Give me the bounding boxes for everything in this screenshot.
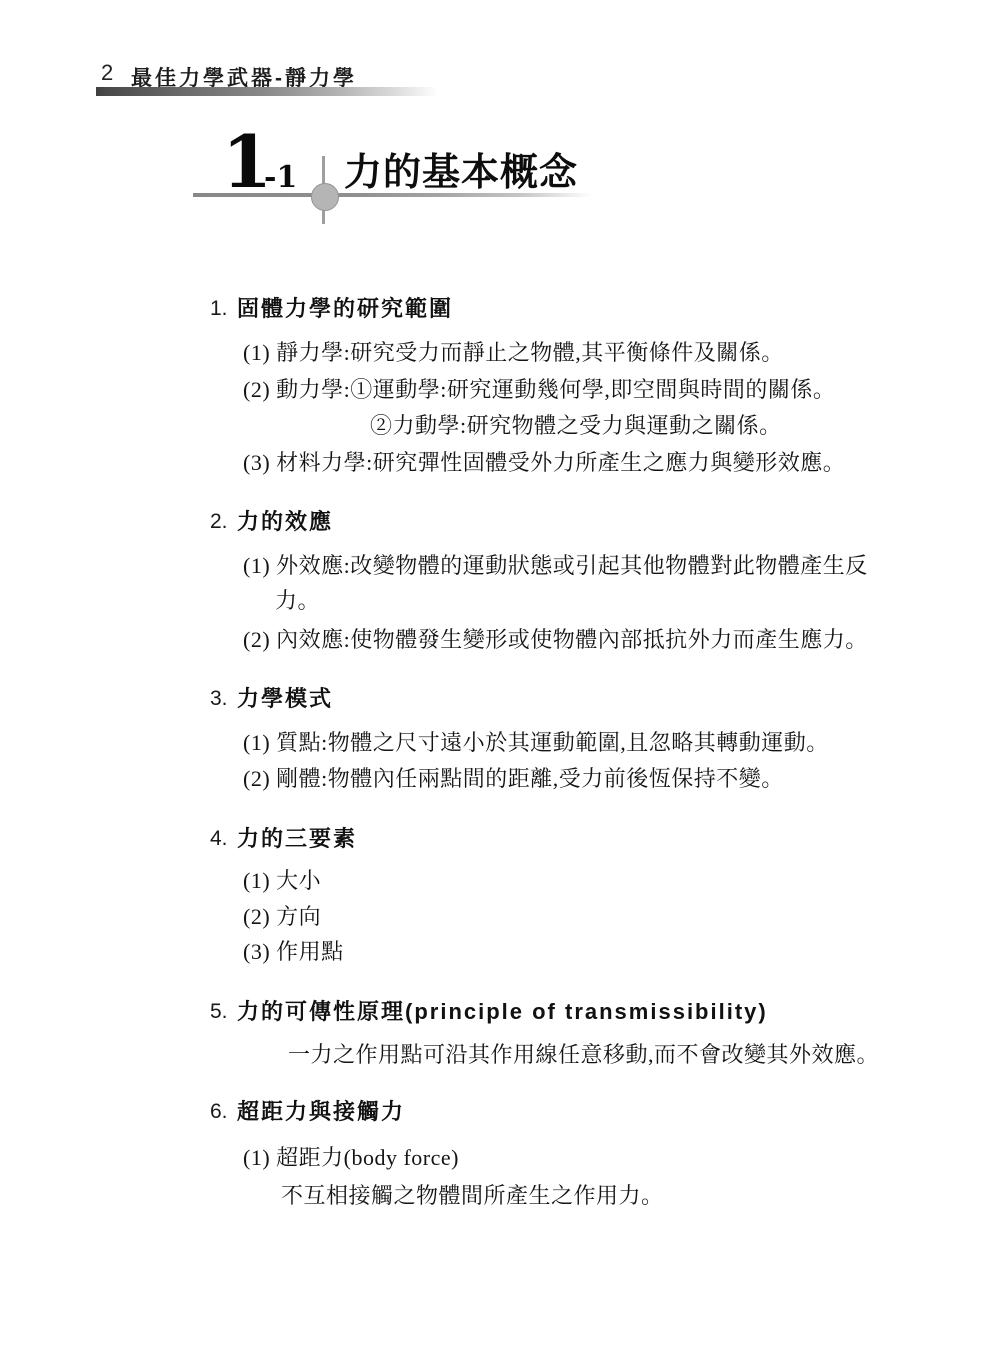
section-heading: 力的三要素 <box>237 826 357 852</box>
section-number: 5. <box>210 999 228 1025</box>
section-number: 1. <box>210 296 228 322</box>
section-heading: 固體力學的研究範圍 <box>237 296 453 322</box>
section-number: 2. <box>210 509 228 535</box>
body-line: (2) 動力學:①運動學:研究運動幾何學,即空間與時間的關係。 <box>243 376 835 403</box>
section-heading: 力學模式 <box>237 686 333 712</box>
body-line: (3) 作用點 <box>243 938 344 965</box>
body-line: (1) 大小 <box>243 867 321 894</box>
body-line: (1) 質點:物體之尺寸遠小於其運動範圍,且忽略其轉動運動。 <box>243 729 829 756</box>
body-line: (1) 靜力學:研究受力而靜止之物體,其平衡條件及關係。 <box>243 339 784 366</box>
body-line: 不互相接觸之物體間所產生之作用力。 <box>281 1182 664 1209</box>
section-number: 6. <box>210 1099 228 1125</box>
section-heading: 力的效應 <box>237 509 333 535</box>
body-line: (2) 剛體:物體內任兩點間的距離,受力前後恆保持不變。 <box>243 765 784 792</box>
section-heading: 超距力與接觸力 <box>237 1099 405 1125</box>
body-line: (2) 方向 <box>243 903 321 930</box>
banner-crosshair-circle <box>311 183 339 211</box>
body-line: (1) 超距力(body force) <box>243 1144 459 1171</box>
section-heading: 力的可傳性原理(principle of transmissibility) <box>237 999 768 1025</box>
page-number: 2 <box>101 60 113 86</box>
body-line: (1) 外效應:改變物體的運動狀態或引起其他物體對此物體產生反 <box>243 552 868 579</box>
body-line: 一力之作用點可沿其作用線任意移動,而不會改變其外效應。 <box>288 1041 879 1068</box>
section-number-suffix: -1 <box>264 163 297 193</box>
section-number: 4. <box>210 826 228 852</box>
header-gradient-rule <box>96 87 438 96</box>
body-line: (2) 內效應:使物體發生變形或使物體內部抵抗外力而產生應力。 <box>243 626 868 653</box>
section-title: 力的基本概念 <box>344 148 578 196</box>
document-page: 2 最佳力學武器-靜力學 1 -1 力的基本概念 1. 固體力學的研究範圍 (1… <box>0 0 1000 1353</box>
body-line: 力。 <box>275 587 320 614</box>
body-line: ②力動學:研究物體之受力與運動之關係。 <box>370 412 782 439</box>
section-number: 3. <box>210 686 228 712</box>
body-line: (3) 材料力學:研究彈性固體受外力所產生之應力與變形效應。 <box>243 449 845 476</box>
